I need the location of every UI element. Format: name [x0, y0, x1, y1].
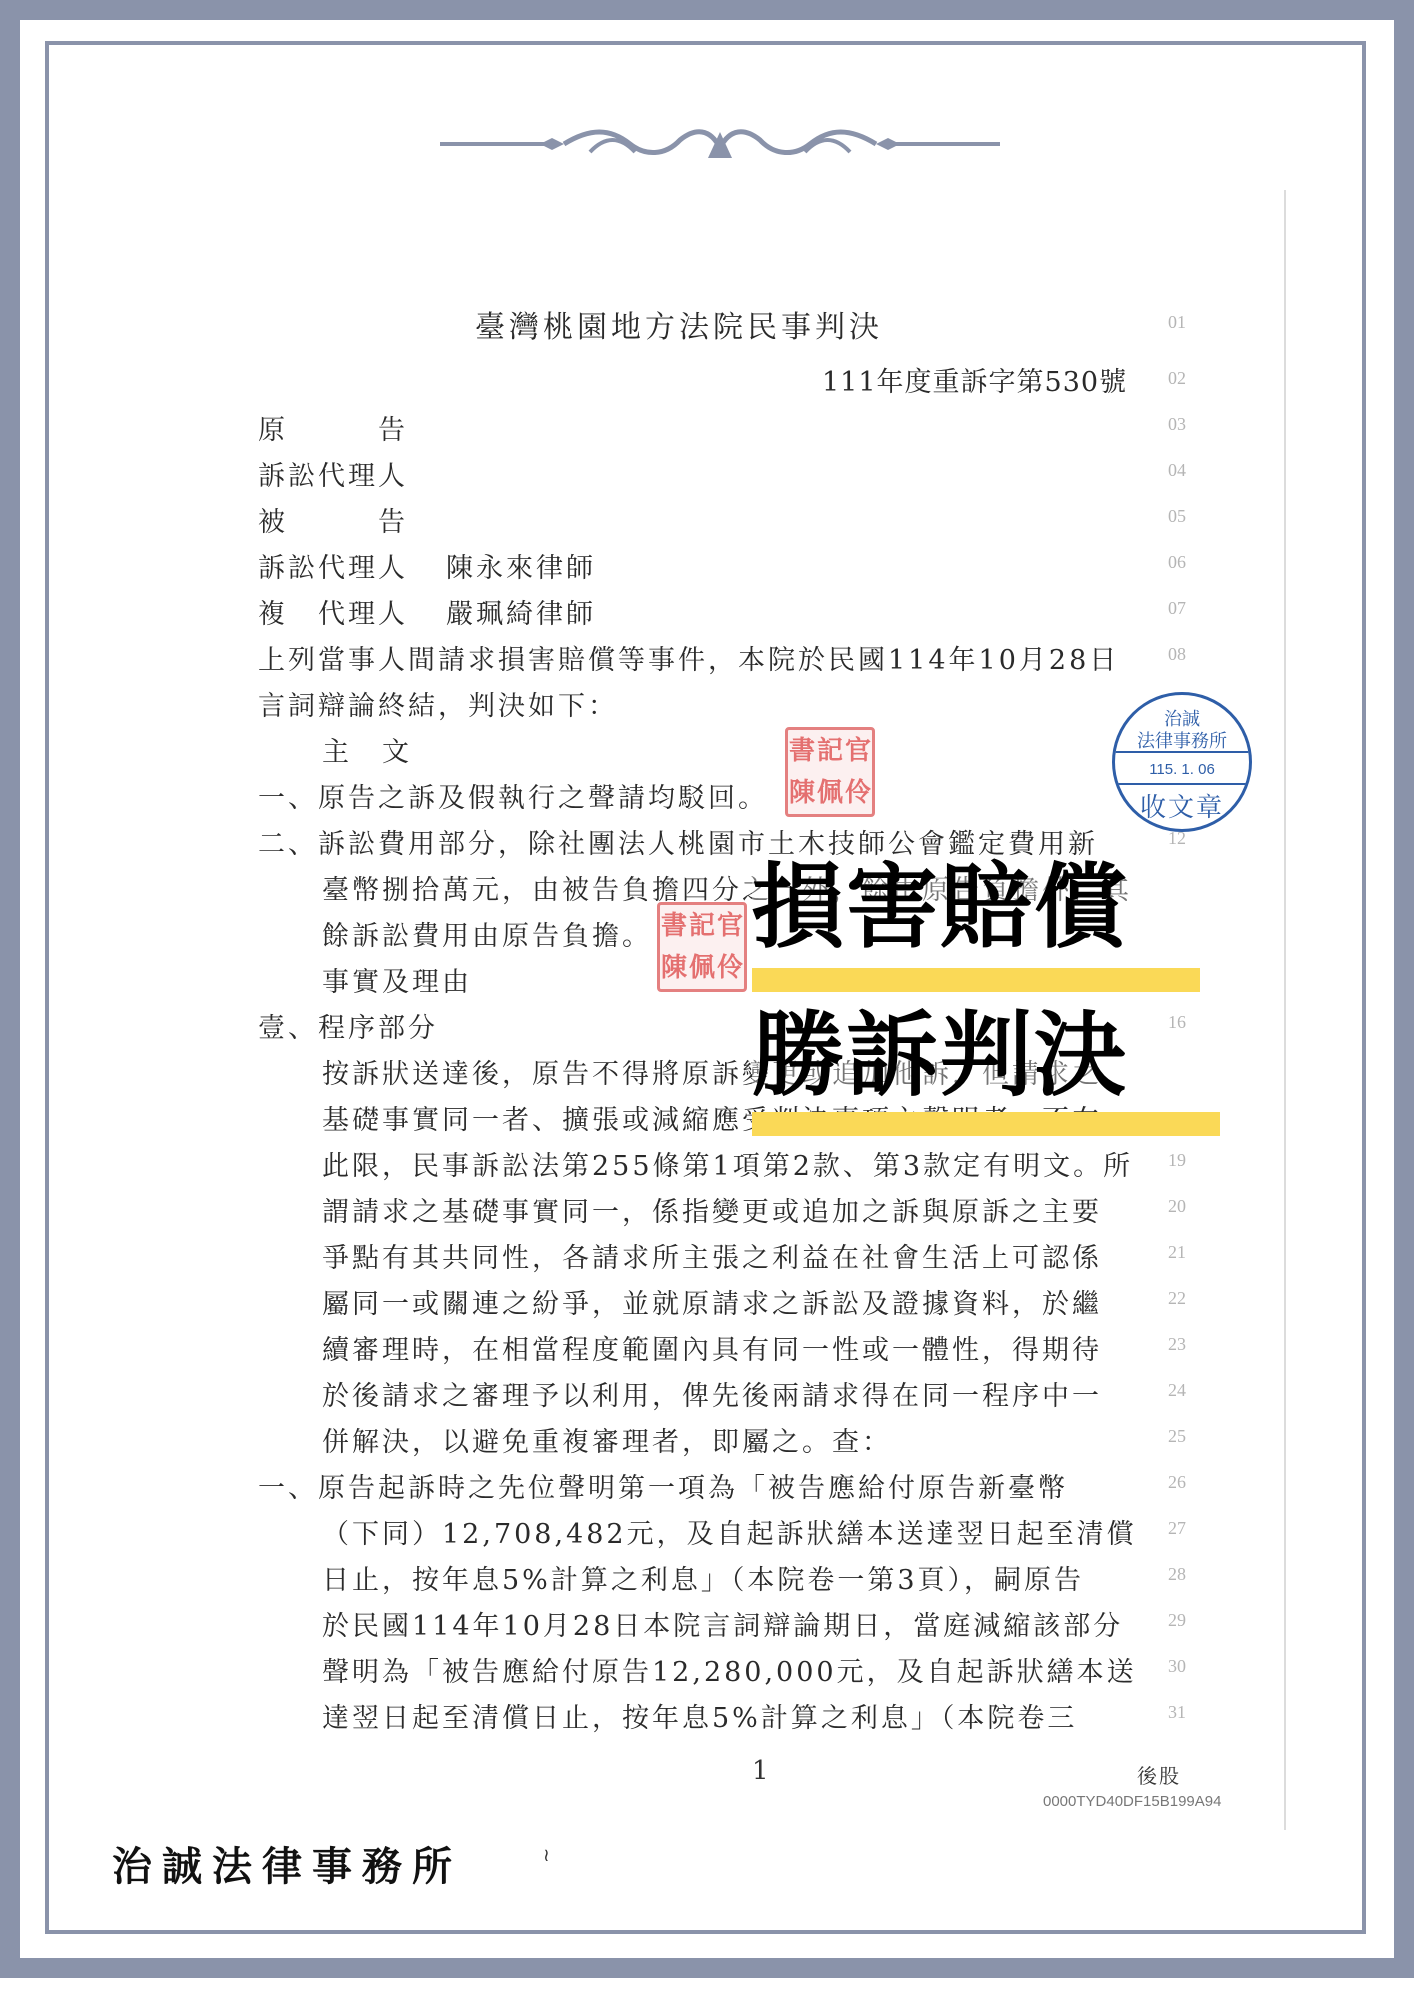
- line-number: 28: [1168, 1564, 1186, 1585]
- line-number: 22: [1168, 1288, 1186, 1309]
- case-number: 111年度重訴字第530號: [822, 360, 1127, 399]
- body-line-09: 言詞辯論終結，判決如下：: [258, 684, 618, 723]
- line-number: 29: [1168, 1610, 1186, 1631]
- law-firm-logo: 治誠法律事務所: [112, 1835, 462, 1892]
- highlight-bar: [752, 968, 1200, 992]
- body-line-20: 謂請求之基礎事實同一，係指變更或追加之訴與原訴之主要: [322, 1190, 1102, 1229]
- clerk-seal-stamp: 書 記 官 陳 佩 伶: [785, 727, 875, 817]
- party-role-plaintiff-agent: 訴訟代理人: [258, 454, 408, 493]
- line-number: 05: [1168, 506, 1186, 527]
- line-number: 02: [1168, 368, 1186, 389]
- line-number: 24: [1168, 1380, 1186, 1401]
- ornament-divider-icon: [440, 126, 1000, 162]
- body-line-11: 一、原告之訴及假執行之聲請均駁回。: [258, 776, 768, 815]
- line-number: 25: [1168, 1426, 1186, 1447]
- body-line-25: 併解決，以避免重複審理者，即屬之。查：: [322, 1420, 892, 1459]
- party-role-defendant-agent: 訴訟代理人: [258, 546, 408, 585]
- body-line-29: 於民國114年10月28日本院言詞辯論期日，當庭減縮該部分: [322, 1604, 1123, 1643]
- body-line-08: 上列當事人間請求損害賠償等事件，本院於民國114年10月28日: [258, 638, 1119, 677]
- party-name-sub-agent: 嚴珮綺律師: [446, 592, 596, 631]
- line-number: 16: [1168, 1012, 1186, 1033]
- headline-damages: 損害賠償: [752, 862, 1128, 954]
- body-line-14: 餘訴訟費用由原告負擔。: [322, 914, 652, 953]
- line-number: 01: [1168, 312, 1186, 333]
- line-number: 08: [1168, 644, 1186, 665]
- line-number: 03: [1168, 414, 1186, 435]
- clerk-seal-stamp: 書 記 官 陳 佩 伶: [657, 902, 747, 992]
- body-line-24: 於後請求之審理予以利用，俾先後兩請求得在同一程序中一: [322, 1374, 1102, 1413]
- page-edge-rule: [1284, 190, 1286, 1830]
- line-number: 27: [1168, 1518, 1186, 1539]
- body-line-27: （下同）12,708,482元，及自起訴狀繕本送達翌日起至清償: [322, 1512, 1137, 1551]
- section-heading-facts: 事實及理由: [322, 960, 472, 999]
- section-heading-procedure: 壹、程序部分: [258, 1006, 438, 1045]
- line-number: 19: [1168, 1150, 1186, 1171]
- party-role-plaintiff: 原 告: [258, 408, 408, 447]
- stamp-firm-name: 法律事務所: [1115, 727, 1249, 753]
- body-line-30: 聲明為「被告應給付原告12,280,000元，及自起訴狀繕本送: [322, 1650, 1137, 1689]
- body-line-19: 此限，民事訴訟法第255條第1項第2款、第3款定有明文。所: [322, 1144, 1133, 1183]
- body-line-23: 續審理時，在相當程度範圍內具有同一性或一體性，得期待: [322, 1328, 1102, 1367]
- calligraphy-mark-icon: ≀: [543, 1845, 550, 1866]
- received-date-stamp: 治誠 法律事務所 115. 1. 06 收文章: [1112, 692, 1252, 832]
- headline-winning-judgment: 勝訴判決: [752, 1010, 1128, 1102]
- line-number: 20: [1168, 1196, 1186, 1217]
- line-number: 21: [1168, 1242, 1186, 1263]
- body-line-22: 屬同一或關連之紛爭，並就原請求之訴訟及證據資料，於繼: [322, 1282, 1102, 1321]
- line-number: 30: [1168, 1656, 1186, 1677]
- page-label: 後股: [1137, 1760, 1181, 1789]
- line-number: 23: [1168, 1334, 1186, 1355]
- stamp-label: 收文章: [1115, 787, 1249, 824]
- court-title: 臺灣桃園地方法院民事判決: [475, 302, 883, 346]
- highlight-bar: [752, 1112, 1220, 1136]
- stamp-date: 115. 1. 06: [1115, 761, 1249, 778]
- line-number: 07: [1168, 598, 1186, 619]
- body-line-28: 日止，按年息5%計算之利息」（本院卷一第3頁），嗣原告: [322, 1558, 1084, 1597]
- line-number: 06: [1168, 552, 1186, 573]
- body-line-31: 達翌日起至清償日止，按年息5%計算之利息」（本院卷三: [322, 1696, 1077, 1735]
- body-line-21: 爭點有其共同性，各請求所主張之利益在社會生活上可認係: [322, 1236, 1102, 1275]
- section-heading-main: 主 文: [322, 730, 412, 769]
- document-code: 0000TYD40DF15B199A94: [1043, 1793, 1221, 1810]
- party-role-defendant: 被 告: [258, 500, 408, 539]
- line-number: 04: [1168, 460, 1186, 481]
- party-name-defendant-agent: 陳永來律師: [446, 546, 596, 585]
- page-number: 1: [752, 1756, 769, 1786]
- line-number: 26: [1168, 1472, 1186, 1493]
- body-line-26: 一、原告起訴時之先位聲明第一項為「被告應給付原告新臺幣: [258, 1466, 1068, 1505]
- party-role-sub-agent: 複 代理人: [258, 592, 408, 631]
- line-number: 31: [1168, 1702, 1186, 1723]
